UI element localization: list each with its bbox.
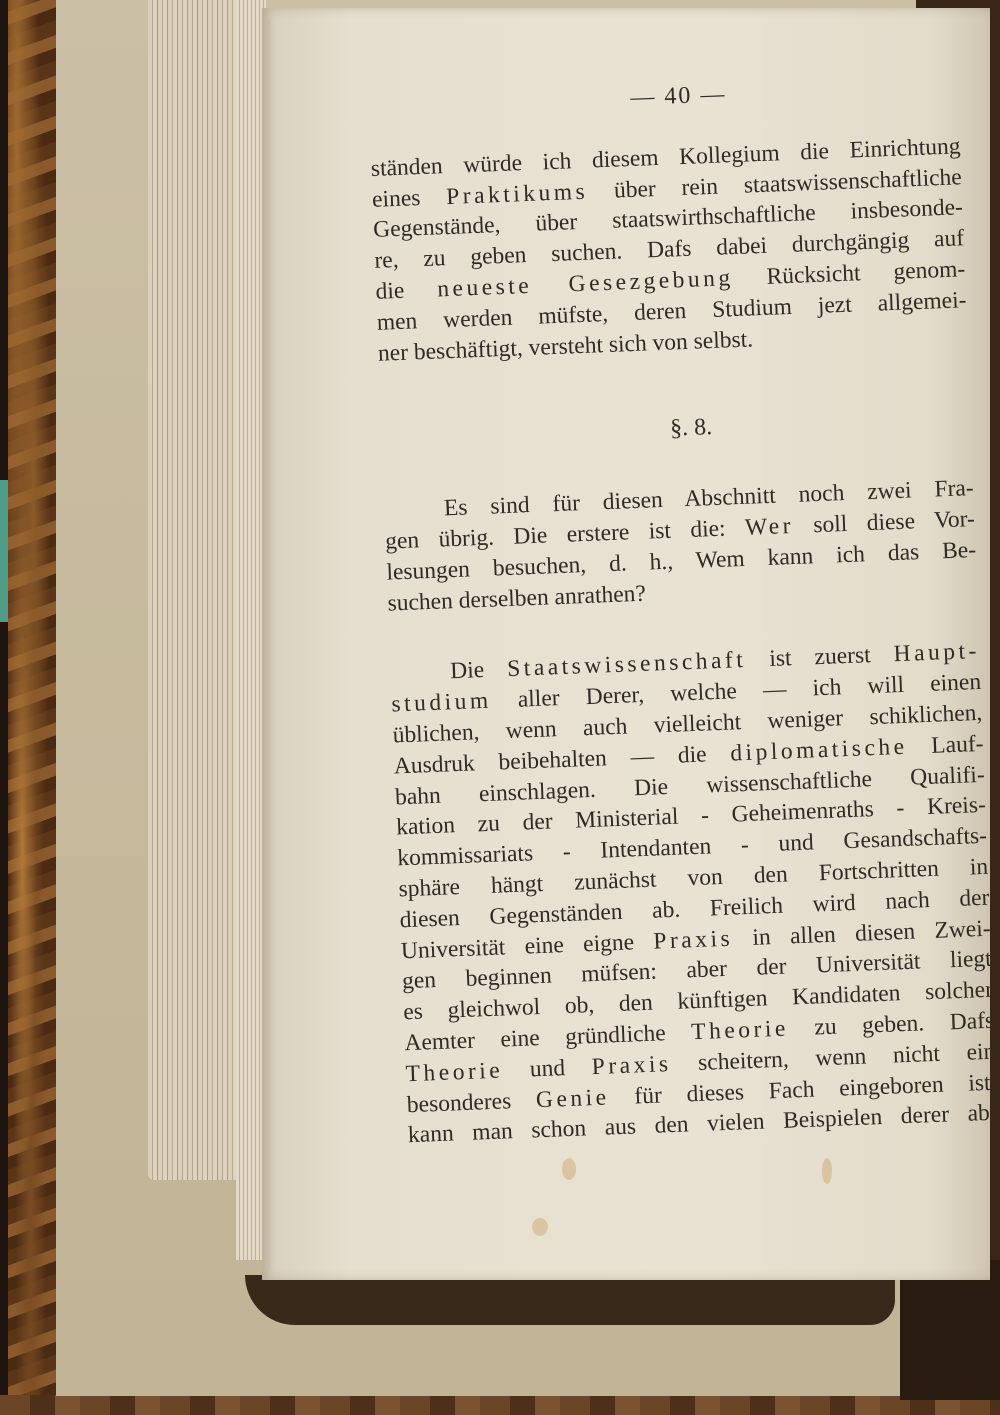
emphasized-word: Genie bbox=[536, 1084, 611, 1113]
emphasized-word: Wer bbox=[744, 513, 794, 541]
page-number: — 40 — bbox=[398, 70, 959, 122]
paragraph-1: ständen würde ich diesem Kollegium die E… bbox=[370, 131, 968, 369]
cover-spine-shadow bbox=[0, 0, 8, 1415]
emphasized-word: Theorie bbox=[691, 1015, 790, 1045]
emphasized-word: Theorie bbox=[405, 1057, 504, 1087]
text-segment: Die bbox=[450, 656, 508, 684]
text-segment: eines bbox=[372, 184, 447, 213]
emphasized-word: diplomatische bbox=[730, 734, 908, 767]
text-segment: ist zuerst bbox=[746, 642, 894, 674]
foxing-spot bbox=[822, 1158, 832, 1184]
text-segment: und bbox=[503, 1054, 593, 1083]
leather-cover-edge bbox=[0, 0, 56, 1415]
emphasized-word: Haupt- bbox=[893, 638, 980, 667]
text-segment: besonderes bbox=[406, 1087, 536, 1118]
text-segment: zu geben. Dafs bbox=[788, 1008, 994, 1042]
cover-corner-dark bbox=[900, 1260, 1000, 1400]
paragraph-3: Die Staatswissenschaft ist zuerst Haupt-… bbox=[390, 636, 998, 1151]
text-segment: Lauf- bbox=[907, 731, 984, 760]
text-segment: soll diese Vor- bbox=[793, 506, 975, 539]
page-edge-line bbox=[268, 20, 270, 1270]
paragraph-2: Es sind für diesen Abschnitt noch zwei F… bbox=[383, 473, 977, 619]
text-segment: die bbox=[375, 276, 438, 304]
book-page: — 40 — ständen würde ich diesem Kollegiu… bbox=[262, 8, 990, 1280]
leather-cover-bottom bbox=[0, 1395, 1000, 1415]
page-block-shadow bbox=[245, 1275, 895, 1325]
teal-label-strip bbox=[0, 480, 8, 622]
emphasized-word: studium bbox=[391, 688, 492, 718]
emphasized-word: Praxis bbox=[653, 925, 734, 954]
foxing-spot bbox=[532, 1218, 548, 1236]
emphasized-word: Praxis bbox=[591, 1051, 672, 1080]
section-heading: §. 8. bbox=[411, 402, 972, 454]
page-text: — 40 — ständen würde ich diesem Kollegiu… bbox=[368, 70, 998, 1151]
foxing-spot bbox=[562, 1158, 576, 1180]
emphasized-word: Praktikums bbox=[446, 178, 589, 209]
page-stack-edges bbox=[148, 0, 240, 1180]
